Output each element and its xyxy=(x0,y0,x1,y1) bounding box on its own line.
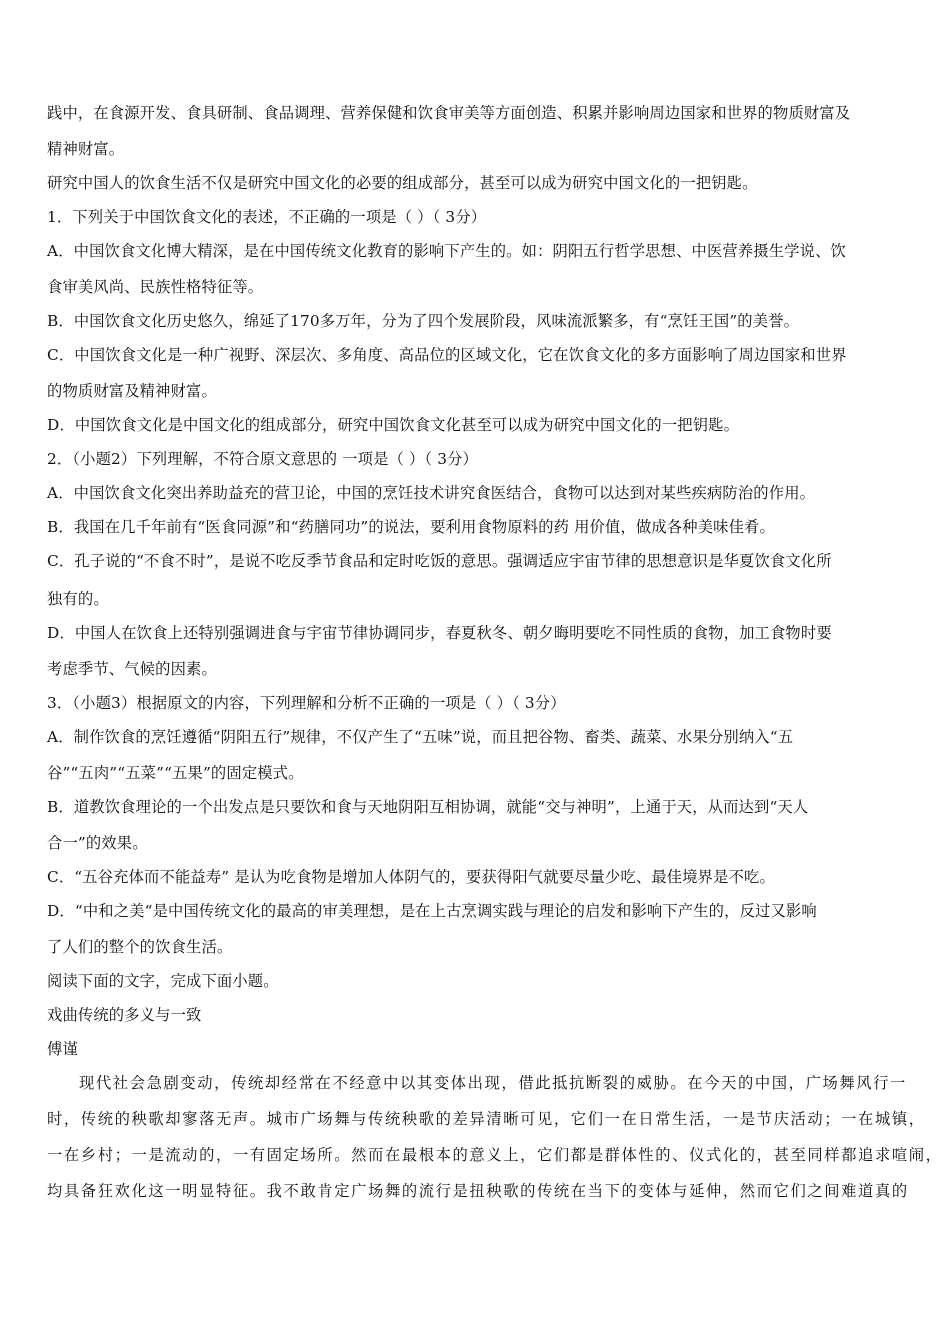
text-line: 戏曲传统的多义与一致 xyxy=(47,1005,201,1025)
text-line: 食审美风尚、民族性格特征等。 xyxy=(47,277,263,297)
text-line: A．中国饮食文化突出养助益充的营卫论，中国的烹饪技术讲究食医结合，食物可以达到对… xyxy=(47,483,815,503)
text-line: 傅谨 xyxy=(47,1039,78,1059)
text-line: 谷”“五肉”“五菜”“五果”的固定模式。 xyxy=(47,763,304,783)
text-line: A．中国饮食文化博大精深，是在中国传统文化教育的影响下产生的。如：阴阳五行哲学思… xyxy=(47,241,846,261)
text-line: D．“中和之美“是中国传统文化的最高的审美理想，是在上古烹调实践与理论的启发和影… xyxy=(47,901,817,921)
text-line: 1．下列关于中国饮食文化的表述，不正确的一项是（ ）（ 3分） xyxy=(47,207,486,227)
text-line: C．中国饮食文化是一种广视野、深层次、多角度、高品位的区域文化，它在饮食文化的多… xyxy=(47,345,847,365)
text-line: D．中国人在饮食上还特别强调进食与宇宙节律协调同步，春夏秋冬、朝夕晦明要吃不同性… xyxy=(47,623,832,643)
text-line: A．制作饮食的烹饪遵循“阴阳五行”规律，不仅产生了“五味”说，而且把谷物、畜类、… xyxy=(47,727,793,747)
passage-line: 均具备狂欢化这一明显特征。我不敢肯定广场舞的流行是扭秧歌的传统在当下的变体与延伸… xyxy=(47,1181,909,1201)
text-line: C．孔子说的“不食不时”，是说不吃反季节食品和定时吃饭的意思。强调适应宇宙节律的… xyxy=(47,551,832,571)
text-line: B．道教饮食理论的一个出发点是只要饮和食与天地阴阳互相协调，就能“交与神明”，上… xyxy=(47,797,808,817)
passage-line: 一在乡村；一是流动的，一有固定场所。然而在最根本的意义上，它们都是群体性的、仪式… xyxy=(47,1145,943,1165)
text-line: 研究中国人的饮食生活不仅是研究中国文化的必要的组成部分，甚至可以成为研究中国文化… xyxy=(47,173,758,193)
text-line: 阅读下面的文字，完成下面小题。 xyxy=(47,971,279,991)
text-line: B．中国饮食文化历史悠久，绵延了170多万年，分为了四个发展阶段，风味流派繁多，… xyxy=(47,311,799,331)
passage-line: 时，传统的秧歌却寥落无声。城市广场舞与传统秧歌的差异清晰可见，它们一在日常生活，… xyxy=(47,1109,926,1129)
text-line: 2．（小题2）下列理解，不符合原文意思的 一项是（ ）（ 3分） xyxy=(47,449,478,469)
text-line: D．中国饮食文化是中国文化的组成部分，研究中国饮食文化甚至可以成为研究中国文化的… xyxy=(47,415,739,435)
text-line: C．“五谷充体而不能益寿” 是认为吃食物是增加人体阴气的，要获得阳气就要尽量少吃… xyxy=(47,867,775,887)
passage-line: 现代社会急剧变动，传统却经常在不经意中以其变体出现，借此抵抗断裂的威胁。在今天的… xyxy=(79,1073,907,1093)
text-line: 合一”的效果。 xyxy=(47,833,148,853)
text-line: 3．（小题3）根据原文的内容，下列理解和分析不正确的一项是（ ）（ 3分） xyxy=(47,693,566,713)
text-line: 践中，在食源开发、食具研制、食品调理、营养保健和饮食审美等方面创造、积累并影响周… xyxy=(47,103,850,123)
text-line: 的物质财富及精神财富。 xyxy=(47,381,217,401)
text-line: 了人们的整个的饮食生活。 xyxy=(47,937,232,957)
text-line: 精神财富。 xyxy=(47,139,124,159)
text-line: B．我国在几千年前有“医食同源”和“药膳同功”的说法，要利用食物原料的药 用价值… xyxy=(47,517,775,537)
text-line: 独有的。 xyxy=(47,589,109,609)
text-line: 考虑季节、气候的因素。 xyxy=(47,659,217,679)
